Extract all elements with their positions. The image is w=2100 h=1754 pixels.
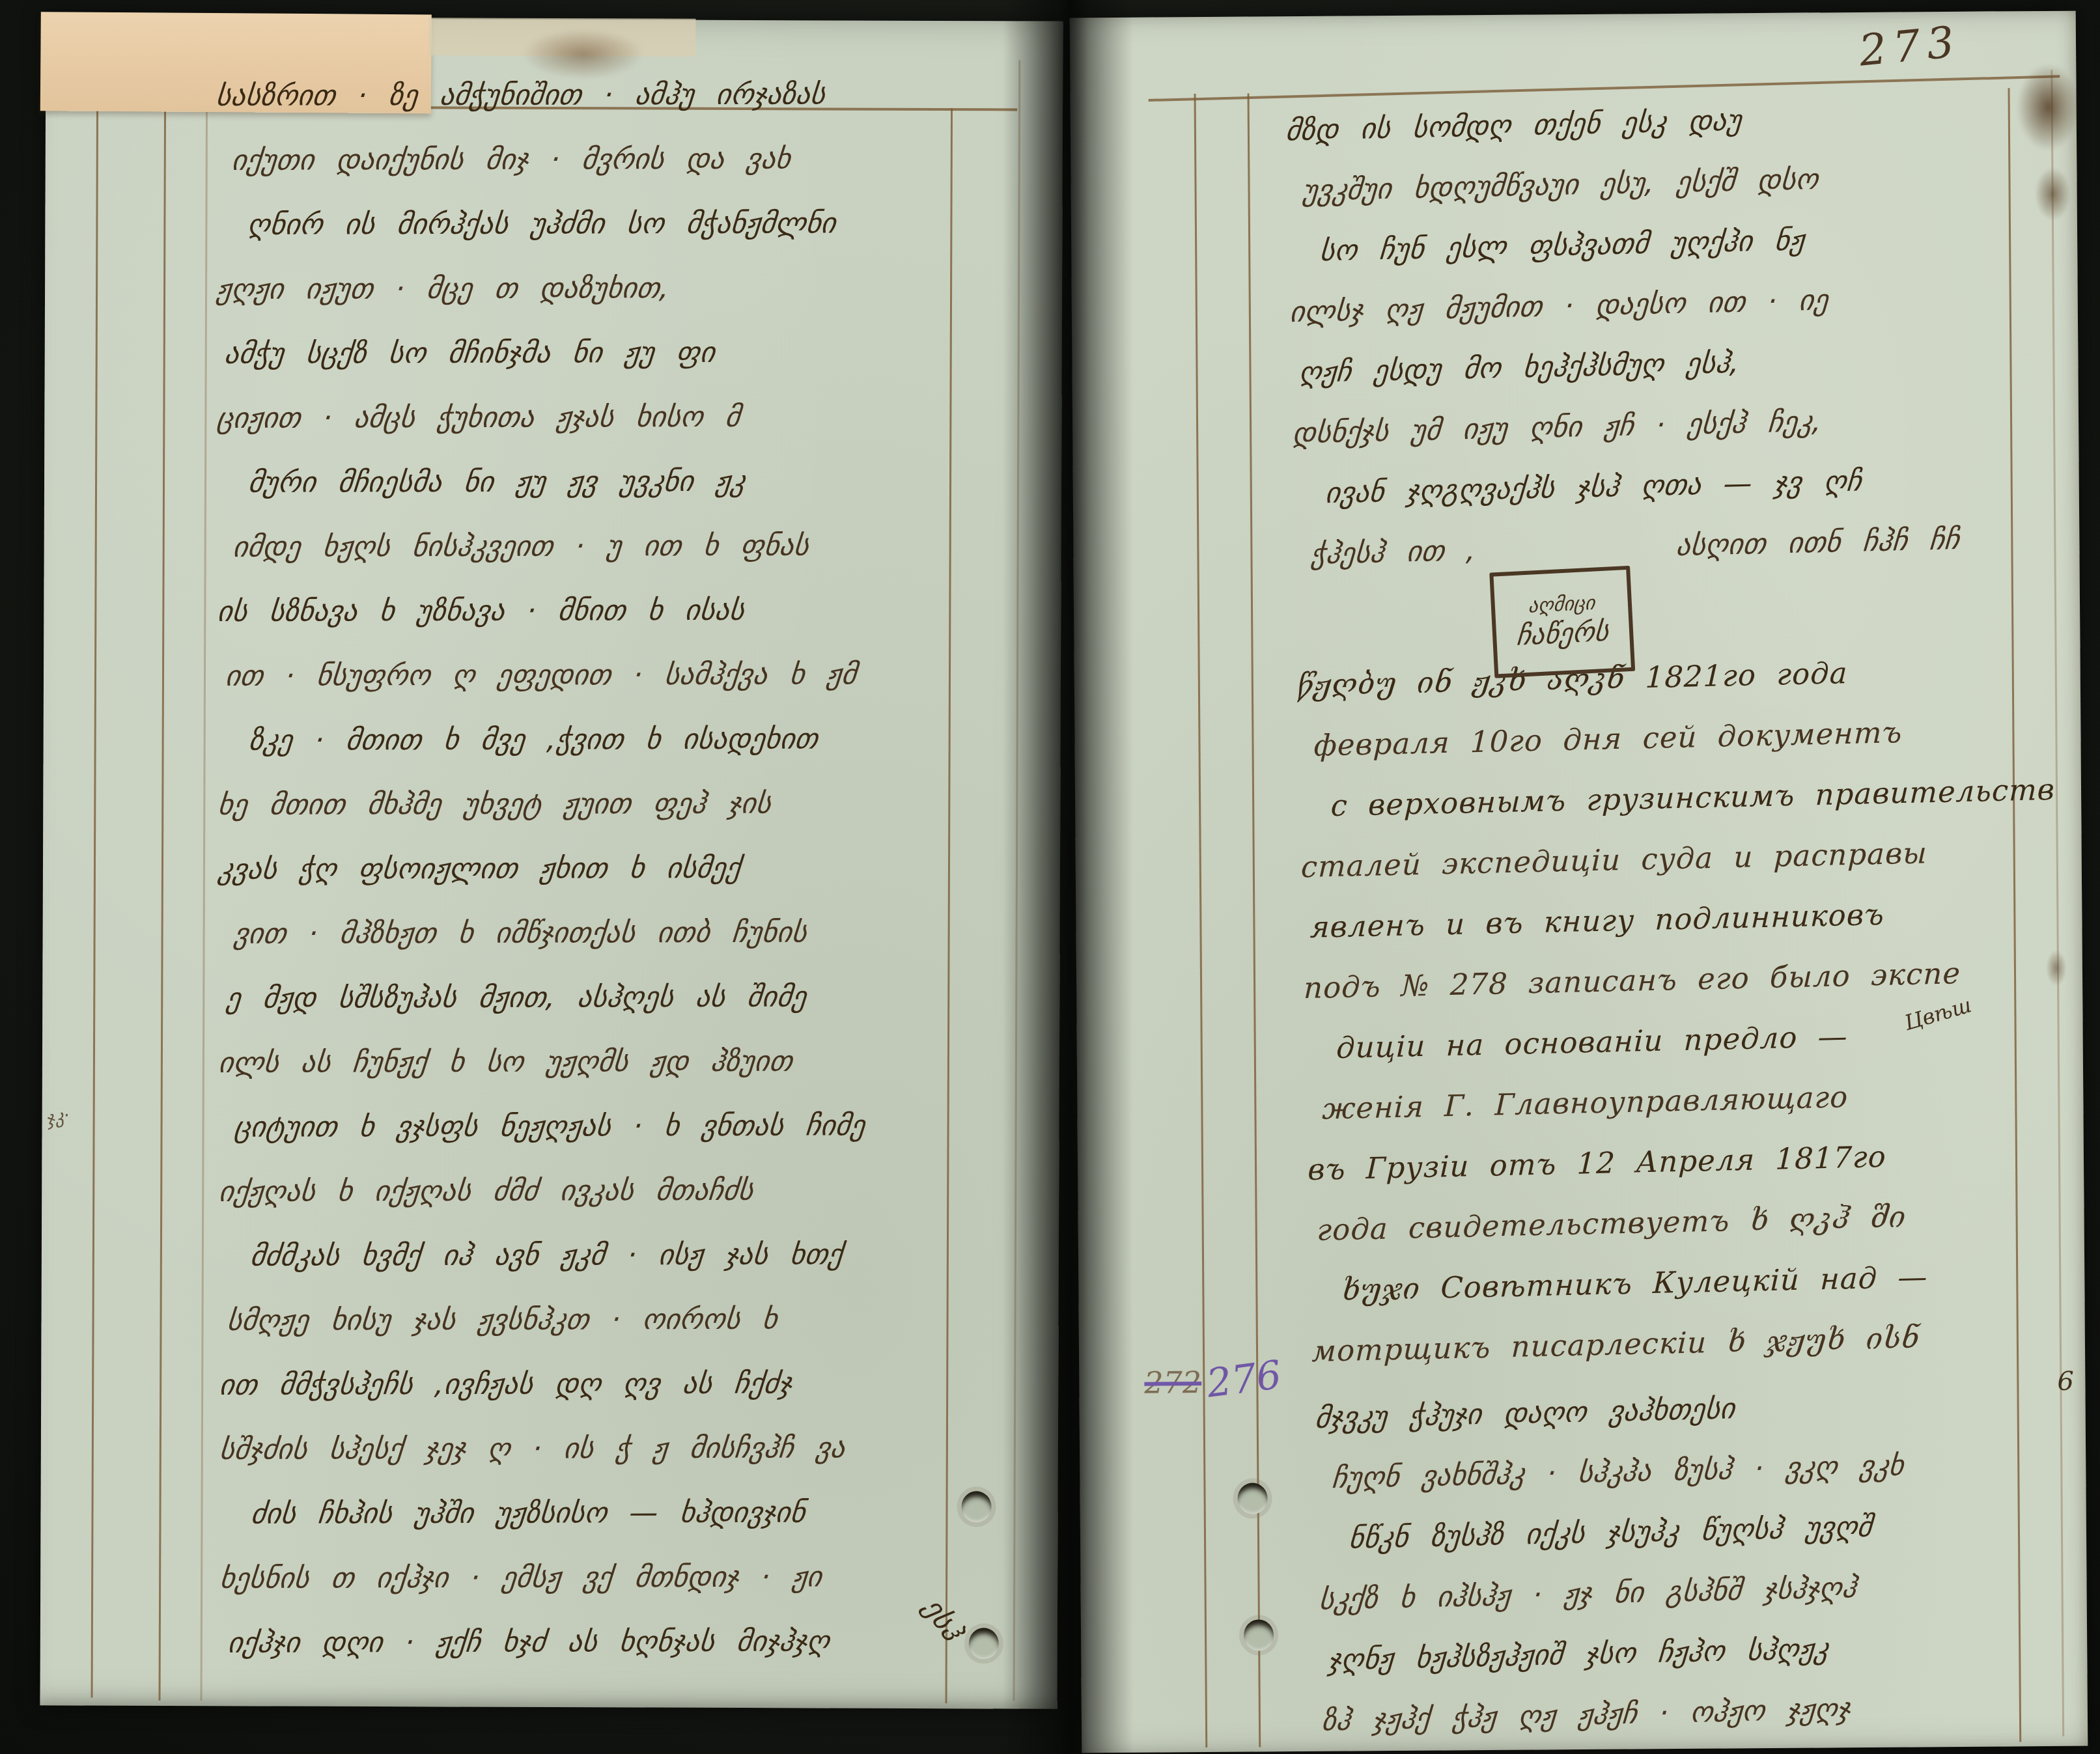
ruled-line-left-outer [91, 90, 99, 1698]
right-page: 273 მზდ ის სომდღ თქენ ესკ დაუუვკშუი ხდღუ… [1070, 11, 2088, 1753]
manuscript-line: იქუთი დაიქუნის მიჯ · მვრის და ვახ [229, 126, 1020, 193]
manuscript-line: ე მჟდ სშსზუჰას მჟით, ასჰღეს ას შიმე [223, 964, 1023, 1031]
right-page-text: მზდ ის სომდღ თქენ ესკ დაუუვკშუი ხდღუმწვა… [1282, 83, 2081, 1751]
registration-box: აღმიცი ჩაწერს [1489, 566, 1635, 678]
manuscript-line: ით · ნსუფრო ღ ეფედით · სამჰქვა ხ ჟმ [222, 642, 1022, 708]
archival-foliation: 272276 [1144, 1356, 1281, 1402]
manuscript-line: კვას ჭღ ფსოიჟლით ჟხით ხ ისმექ [215, 835, 1022, 902]
ruled-line-left-outer [1194, 94, 1208, 1747]
ruled-line-left-inner [159, 105, 167, 1701]
manuscript-line: მური მჩიესმა ნი ჟუ ჟვ უვკნი ჟკ [245, 449, 1022, 515]
manuscript-line: ღნირ ის მირჰქას უჰძმი სო მჭანჟმლნი [245, 191, 1021, 257]
manuscript-line: ციტუით ხ ვჯსფს ნეჟღჟას · ხ ვნთას ჩიმე [231, 1093, 1023, 1160]
georgian-text-top: მზდ ის სომდღ თქენ ესკ დაუუვკშუი ხდღუმწვა… [1282, 83, 2055, 585]
manuscript-line: ჟღჟი იჟუთ · მცე თ დაზუხით, [214, 255, 1021, 322]
manuscript-line: ძის ჩხჰის უჰში უჟზსისო — ხჰდივჯინ [248, 1480, 1024, 1546]
manuscript-line: ვით · მჰზხჟთ ხ იმწჯითქას ითბ ჩუნის [231, 900, 1022, 966]
georgian-text-bottom: მჯვკუ ჭჰუჯი დაღო ვაჰხთესიჩუღნ ვახნშჰკ · … [1311, 1371, 2081, 1751]
manuscript-line: მძმკას ხვმქ იჰ ავნ ჟკმ · ისჟ ჯას ხთქ [247, 1222, 1024, 1288]
manuscript-line: ილს ას ჩუნჟქ ხ სო უჟღმს ჟდ ჰზუით [216, 1029, 1023, 1095]
manuscript-line: ზკე · მთით ხ მვე ,ჭვით ხ ისადეხით [246, 706, 1022, 773]
folio-number-new: 276 [1204, 1352, 1284, 1407]
manuscript-line: ით მმჭვსჰეჩს ,ივჩჟას დღ ღვ ას ჩქძჯ [216, 1351, 1024, 1417]
folio-number-old: 272 [1144, 1365, 1201, 1400]
manuscript-line: ამჭუ სცქზ სო მჩინჯმა ნი ჟუ ფი [221, 320, 1021, 386]
manuscript-line: იქჰჯი დღი · ჟქჩ ხჯძ ას ხღნჯას მიჯჰჯღ [225, 1609, 1024, 1675]
margin-ink-mark: ჯკ· [44, 1104, 72, 1130]
left-page-text: სასზრით · ზე ამჭუნიშით · ამჰუ ირჯაზასიქუ… [213, 62, 1018, 1675]
manuscript-scan: სასზრით · ზე ამჭუნიშით · ამჰუ ირჯაზასიქუ… [0, 0, 2100, 1754]
punch-hole [961, 1491, 991, 1522]
manuscript-line: სშჯძის სჰესქ ჯეჯ ღ · ის ჭ ჟ მისჩვჰჩ ვა [216, 1415, 1024, 1482]
manuscript-line: ის სზნავა ხ უზნავა · მნით ხ ისას [214, 578, 1022, 644]
ruled-line-left-faint [201, 105, 208, 1701]
registration-box-line: აღმიცი [1528, 592, 1596, 619]
left-page: სასზრით · ზე ამჭუნიშით · ამჰუ ირჯაზასიქუ… [40, 18, 1063, 1708]
punch-hole [969, 1628, 999, 1659]
edge-ink-mark: 6 [2057, 1367, 2074, 1397]
manuscript-line: ხე მთით მხჰმე უხვეტ ჟუით ფეჰ ჯის [215, 771, 1022, 837]
registration-box-line: ჩაწერს [1515, 614, 1610, 652]
page-number: 273 [1857, 16, 1963, 76]
manuscript-line: იმდე ხჟღს ნისჰკვეით · უ ით ხ ფნას [230, 513, 1022, 579]
manuscript-line: იქჟღას ხ იქჟღას ძმძ ივკას მთაჩძს [216, 1158, 1023, 1224]
punch-hole [1237, 1483, 1267, 1514]
punch-hole [1244, 1619, 1274, 1650]
manuscript-line: სასზრით · ზე ამჭუნიშით · ამჰუ ირჯაზას [213, 62, 1020, 128]
manuscript-line: ხესნის თ იქჰჯი · ემსჟ ვქ მთნდიჯ · ჟი [217, 1544, 1024, 1611]
manuscript-line: სმღჟე ხისუ ჯას ჟვსნჰკთ · ოიროს ხ [224, 1287, 1024, 1353]
manuscript-line: ციჟით · ამცს ჭუხითა ჟჯას ხისო მ [214, 384, 1021, 451]
